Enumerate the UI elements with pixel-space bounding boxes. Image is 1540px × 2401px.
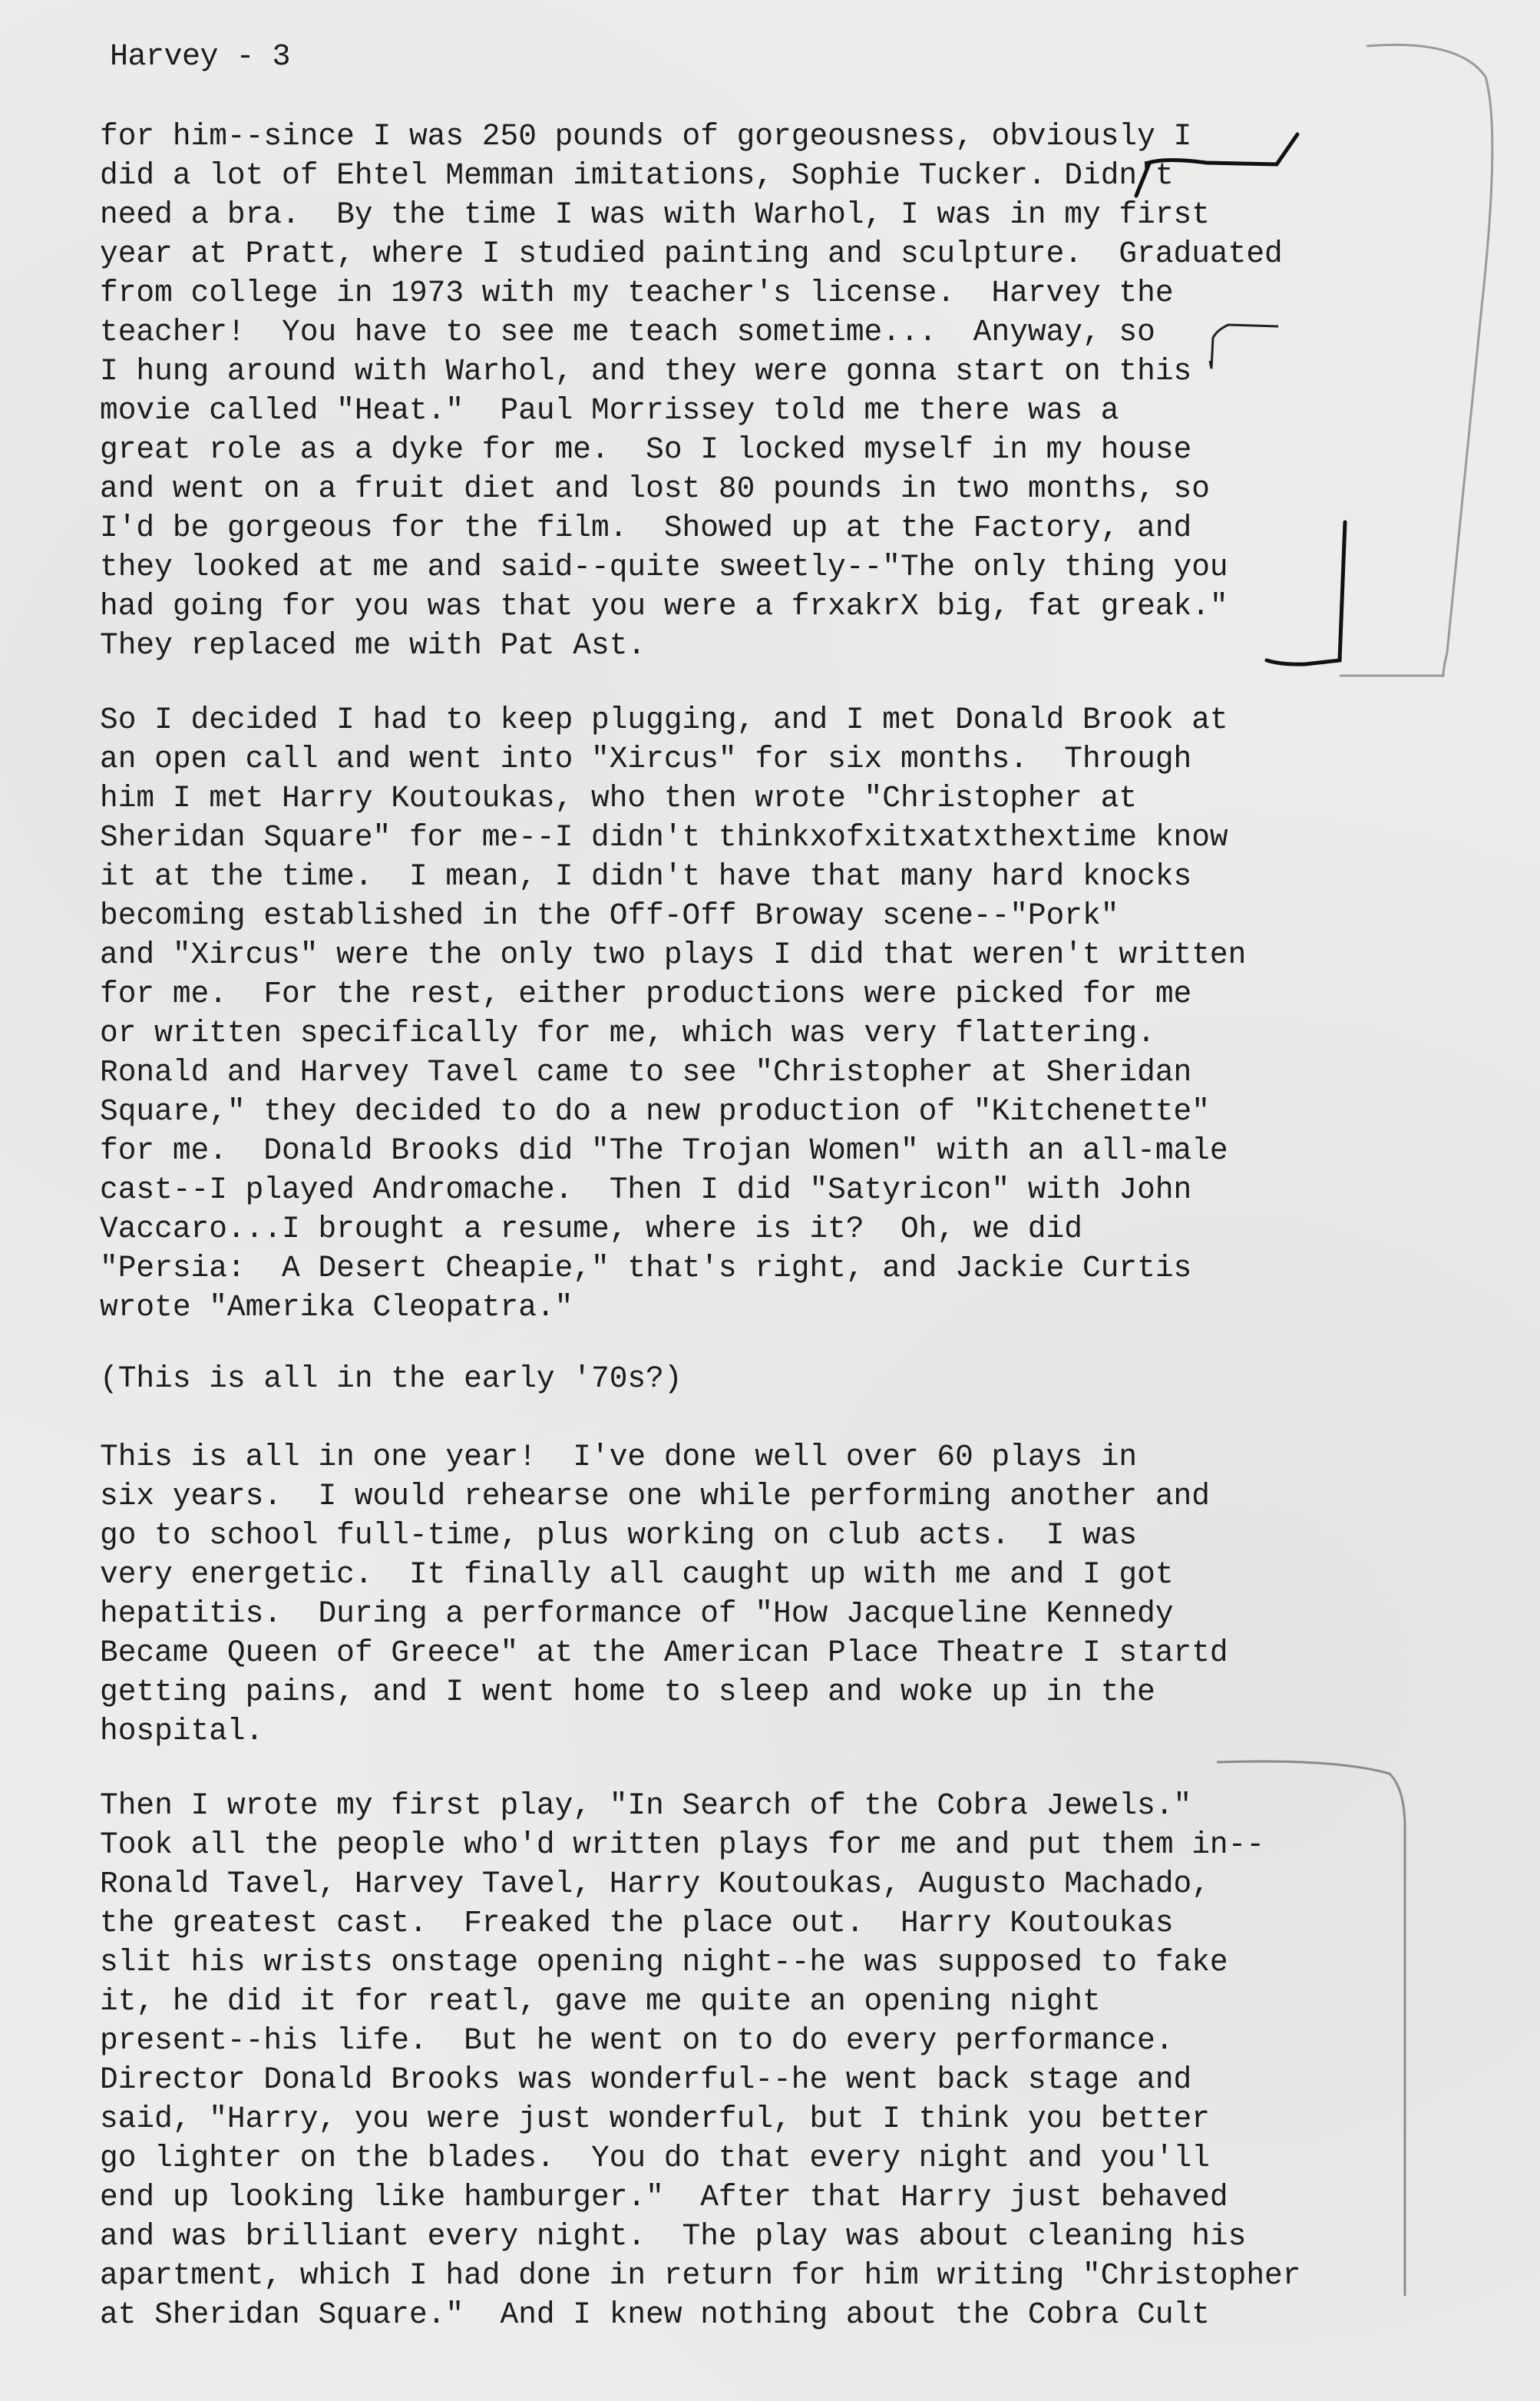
text-line: the greatest cast. Freaked the place out… bbox=[100, 1903, 1300, 1943]
text-line: hospital. bbox=[100, 1711, 1228, 1751]
text-line: hepatitis. During a performance of "How … bbox=[100, 1594, 1228, 1633]
paragraph-warhol: for him--since I was 250 pounds of gorge… bbox=[100, 117, 1283, 665]
text-line: did a lot of Ehtel Memman imitations, So… bbox=[100, 156, 1283, 195]
text-line: cast--I played Andromache. Then I did "S… bbox=[100, 1170, 1246, 1209]
text-line: had going for you was that you were a fr… bbox=[100, 587, 1283, 626]
text-line: for me. For the rest, either productions… bbox=[100, 974, 1246, 1014]
text-line: This is all in one year! I've done well … bbox=[100, 1437, 1228, 1477]
paragraph-cobra-jewels: Then I wrote my first play, "In Search o… bbox=[100, 1786, 1300, 2334]
typewritten-page: Harvey - 3 for him--since I was 250 poun… bbox=[0, 0, 1540, 2401]
text-line: I hung around with Warhol, and they were… bbox=[100, 352, 1283, 391]
text-line: it at the time. I mean, I didn't have th… bbox=[100, 857, 1246, 896]
text-line: I'd be gorgeous for the film. Showed up … bbox=[100, 508, 1283, 547]
text-line: slit his wrists onstage opening night--h… bbox=[100, 1943, 1300, 1982]
text-line: or written specifically for me, which wa… bbox=[100, 1014, 1246, 1053]
text-line: (This is all in the early '70s?) bbox=[100, 1359, 682, 1398]
text-line: teacher! You have to see me teach someti… bbox=[100, 313, 1283, 352]
text-line: for him--since I was 250 pounds of gorge… bbox=[100, 117, 1283, 156]
text-line: Became Queen of Greece" at the American … bbox=[100, 1633, 1228, 1672]
text-line: present--his life. But he went on to do … bbox=[100, 2021, 1300, 2060]
text-line: very energetic. It finally all caught up… bbox=[100, 1555, 1228, 1594]
text-line: and went on a fruit diet and lost 80 pou… bbox=[100, 469, 1283, 508]
text-line: Director Donald Brooks was wonderful--he… bbox=[100, 2060, 1300, 2099]
text-line: Ronald and Harvey Tavel came to see "Chr… bbox=[100, 1053, 1246, 1092]
text-line: six years. I would rehearse one while pe… bbox=[100, 1477, 1228, 1516]
text-line: apartment, which I had done in return fo… bbox=[100, 2256, 1300, 2295]
text-line: they looked at me and said--quite sweetl… bbox=[100, 547, 1283, 587]
text-line: from college in 1973 with my teacher's l… bbox=[100, 273, 1283, 313]
text-line: and was brilliant every night. The play … bbox=[100, 2217, 1300, 2256]
text-line: So I decided I had to keep plugging, and… bbox=[100, 700, 1246, 739]
text-line: said, "Harry, you were just wonderful, b… bbox=[100, 2099, 1300, 2138]
text-line: go lighter on the blades. You do that ev… bbox=[100, 2138, 1300, 2178]
page-header: Harvey - 3 bbox=[110, 38, 290, 77]
text-line: movie called "Heat." Paul Morrissey told… bbox=[100, 391, 1283, 430]
text-line: Vaccaro...I brought a resume, where is i… bbox=[100, 1209, 1246, 1248]
text-line: and "Xircus" were the only two plays I d… bbox=[100, 935, 1246, 974]
paragraph-one-year: This is all in one year! I've done well … bbox=[100, 1437, 1228, 1751]
text-line: for me. Donald Brooks did "The Trojan Wo… bbox=[100, 1131, 1246, 1170]
text-line: year at Pratt, where I studied painting … bbox=[100, 234, 1283, 273]
text-line: need a bra. By the time I was with Warho… bbox=[100, 195, 1283, 234]
paragraph-question: (This is all in the early '70s?) bbox=[100, 1359, 682, 1398]
text-line: Square," they decided to do a new produc… bbox=[100, 1092, 1246, 1131]
text-line: at Sheridan Square." And I knew nothing … bbox=[100, 2295, 1300, 2334]
paragraph-off-off-broadway: So I decided I had to keep plugging, and… bbox=[100, 700, 1246, 1327]
text-line: They replaced me with Pat Ast. bbox=[100, 626, 1283, 665]
text-line: wrote "Amerika Cleopatra." bbox=[100, 1288, 1246, 1327]
text-line: it, he did it for reatl, gave me quite a… bbox=[100, 1982, 1300, 2021]
text-line: Then I wrote my first play, "In Search o… bbox=[100, 1786, 1300, 1825]
text-line: Sheridan Square" for me--I didn't thinkx… bbox=[100, 818, 1246, 857]
text-line: go to school full-time, plus working on … bbox=[100, 1516, 1228, 1555]
text-line: him I met Harry Koutoukas, who then wrot… bbox=[100, 779, 1246, 818]
text-line: Ronald Tavel, Harvey Tavel, Harry Koutou… bbox=[100, 1864, 1300, 1903]
text-line: becoming established in the Off-Off Brow… bbox=[100, 896, 1246, 935]
text-line: great role as a dyke for me. So I locked… bbox=[100, 430, 1283, 469]
text-line: end up looking like hamburger." After th… bbox=[100, 2178, 1300, 2217]
text-line: "Persia: A Desert Cheapie," that's right… bbox=[100, 1248, 1246, 1288]
text-line: an open call and went into "Xircus" for … bbox=[100, 739, 1246, 779]
text-line: getting pains, and I went home to sleep … bbox=[100, 1672, 1228, 1711]
text-line: Took all the people who'd written plays … bbox=[100, 1825, 1300, 1864]
